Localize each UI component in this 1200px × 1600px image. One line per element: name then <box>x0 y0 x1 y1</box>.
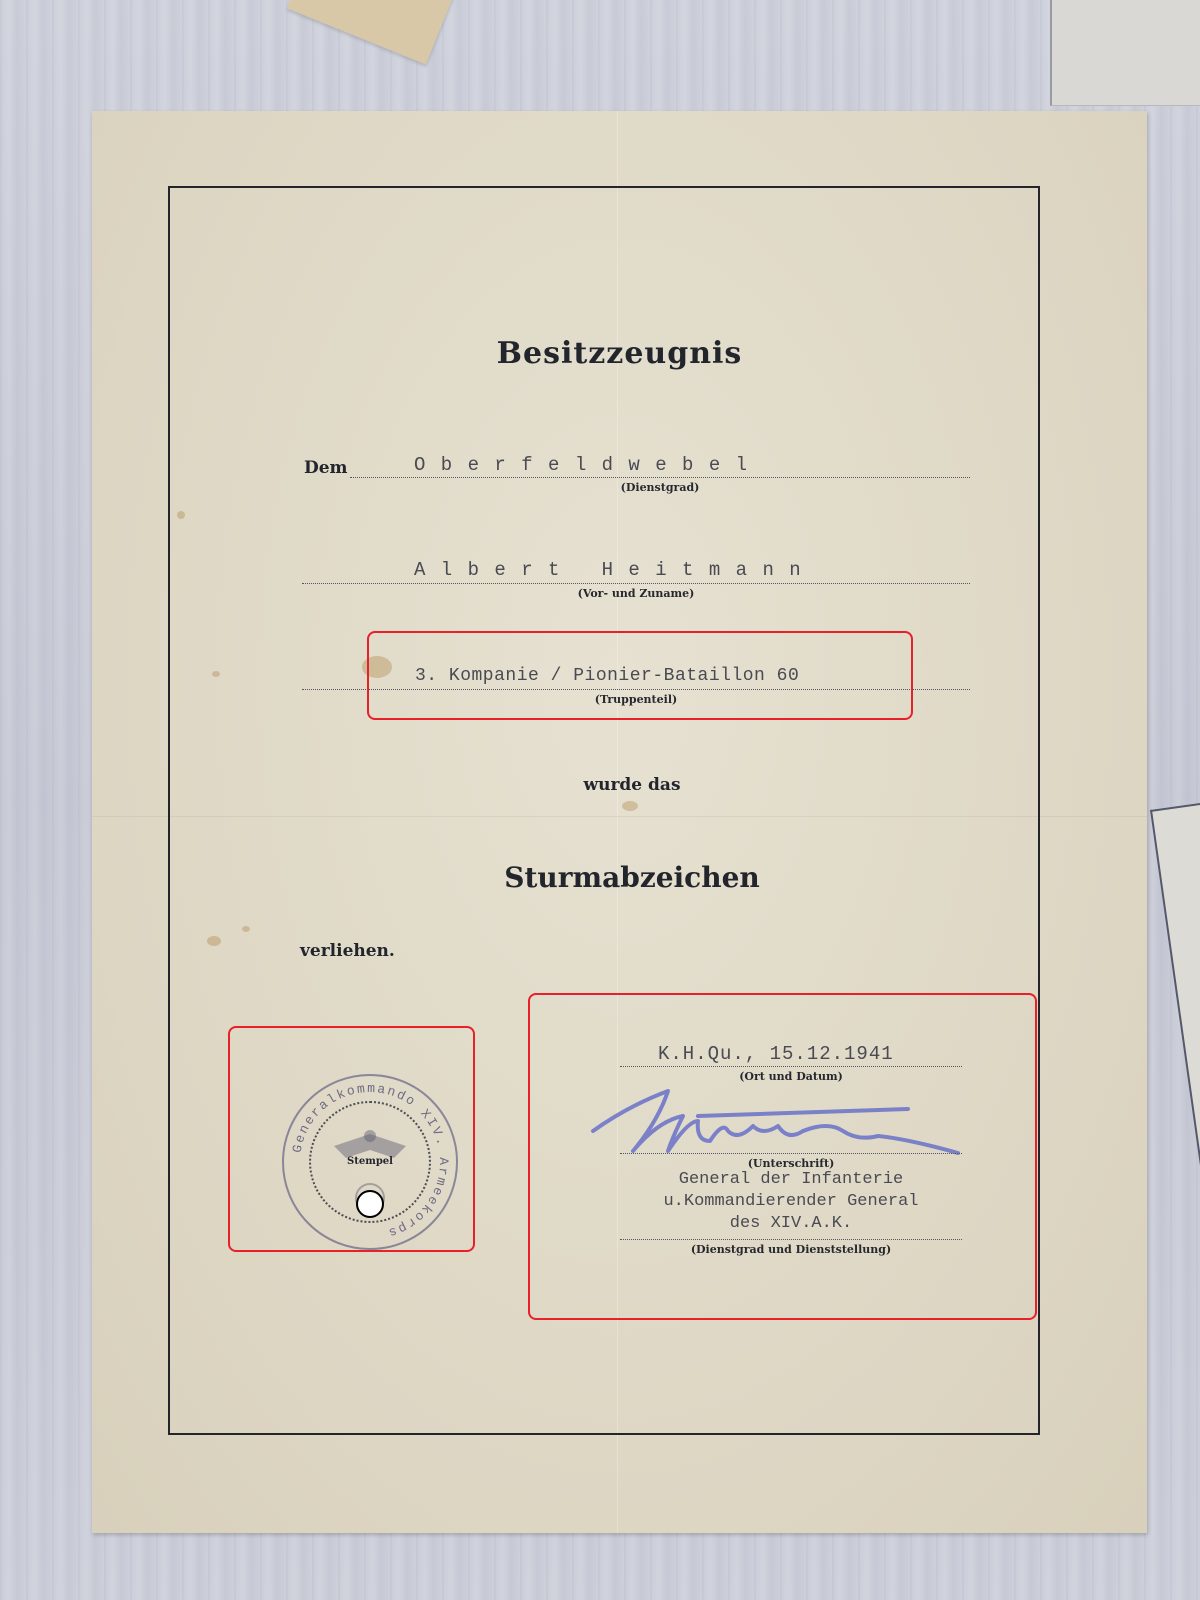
name-caption: (Vor- und Zuname) <box>302 587 970 600</box>
phrase-verliehen: verliehen. <box>300 941 395 961</box>
document-title: Besitzzeugnis <box>92 336 1147 371</box>
rank-prefix: Dem <box>304 458 348 478</box>
stray-sheet <box>1050 0 1200 106</box>
rank-caption: (Dienstgrad) <box>350 481 970 494</box>
rank-value: O b e r f e l d w e b e l <box>414 454 749 476</box>
name-field-line <box>302 583 970 584</box>
stamp-highlight-box <box>228 1026 475 1252</box>
stray-card <box>287 0 464 64</box>
unit-highlight-box <box>367 631 913 720</box>
stray-sheet <box>1150 799 1200 1585</box>
signature-highlight-box <box>528 993 1037 1320</box>
rank-field-line <box>350 477 970 478</box>
award-name: Sturmabzeichen <box>92 861 1172 894</box>
stain <box>207 936 221 946</box>
stain <box>242 926 250 932</box>
stain <box>212 671 220 677</box>
name-value: A l b e r t H e i t m a n n <box>414 559 803 581</box>
certificate-paper: Besitzzeugnis Dem O b e r f e l d w e b … <box>92 111 1147 1533</box>
phrase-wurde-das: wurde das <box>92 775 1172 795</box>
stain <box>622 801 638 811</box>
stain <box>177 511 185 519</box>
